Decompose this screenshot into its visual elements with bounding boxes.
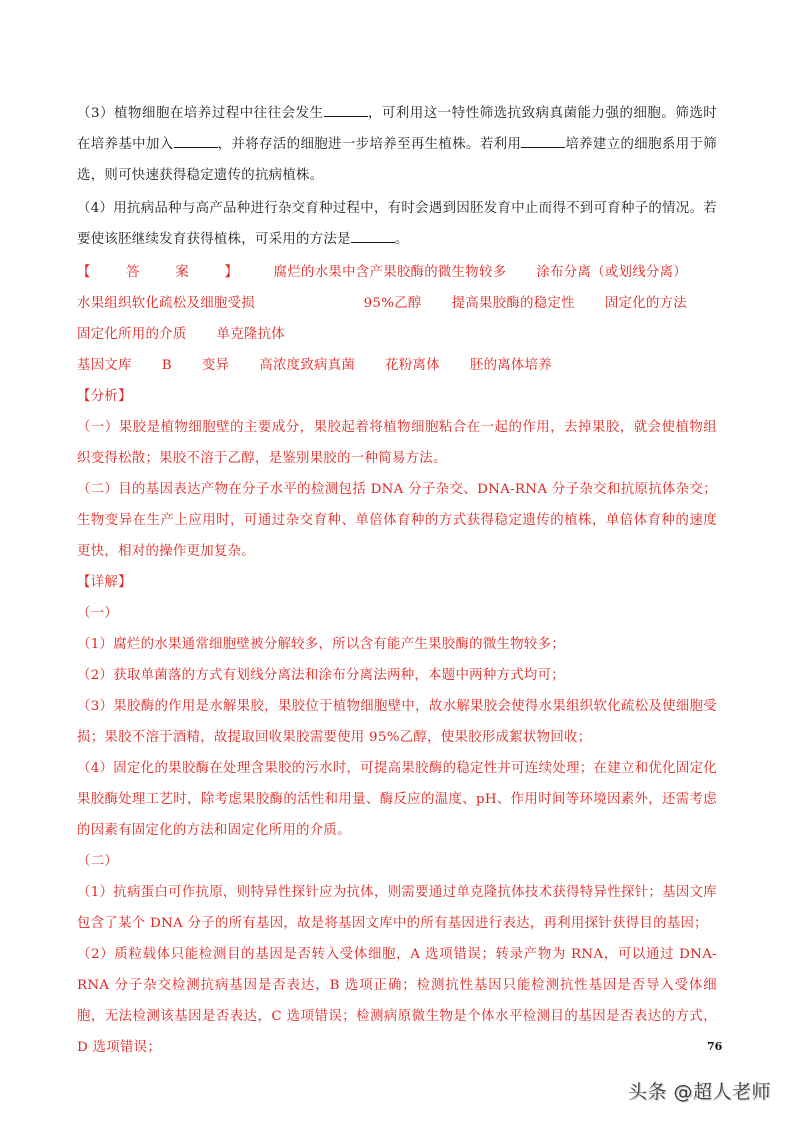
detail-section-1-heading: （一） [77,598,717,629]
detail-section-2-heading: （二） [77,846,717,877]
answer-item: 高浓度致病真菌 [259,350,355,381]
question-4: （4）用抗病品种与高产品种进行杂交育种过程中，有时会遇到因胚发育中止而得不到可育… [77,193,717,255]
q3-text-1: （3）植物细胞在培养过程中往往会发生 [77,106,324,121]
detail-1-item-2: （2）获取单菌落的方式有划线分离法和涂布分离法两种，本题中两种方式均可； [77,660,717,691]
analysis-paragraph-1: （一）果胶是植物细胞壁的主要成分，果胶起着将植物细胞粘合在一起的作用，去掉果胶，… [77,412,717,474]
answer-item: 腐烂的水果中含产果胶酶的微生物较多 [274,257,507,288]
question-3: （3）植物细胞在培养过程中往往会发生，可利用这一特性筛选抗致病真菌能力强的细胞。… [77,98,717,191]
answer-blank [324,102,368,117]
document-page: （3）植物细胞在培养过程中往往会发生，可利用这一特性筛选抗致病真菌能力强的细胞。… [0,0,794,1123]
detail-2-item-1: （1）抗病蛋白可作抗原，则特异性探针应为抗体，则需要通过单克隆抗体技术获得特异性… [77,877,717,939]
detail-1-item-3: （3）果胶酶的作用是水解果胶，果胶位于植物细胞壁中，故水解果胶会使得水果组织软化… [77,691,717,753]
detail-1-item-4: （4）固定化的果胶酶在处理含果胶的污水时，可提高果胶酶的稳定性并可连续处理；在建… [77,753,717,846]
answer-blank [521,133,565,148]
q3-text-3: ，并将存活的细胞进一步培养至再生植株。若利用 [218,137,522,152]
analysis-label: 【分析】 [77,381,717,412]
answer-item: B [162,350,172,381]
answer-item: 提高果胶酶的稳定性 [452,288,575,319]
answer-blank [351,228,395,243]
watermark: 头条 @超人老师 [628,1077,771,1104]
answer-item: 固定化的方法 [605,288,687,319]
answer-item: 涂布分离（或划线分离） [536,257,687,288]
answer-item: 95%乙醇 [364,288,422,319]
page-content: （3）植物细胞在培养过程中往往会发生，可利用这一特性筛选抗致病真菌能力强的细胞。… [77,98,717,1063]
detail-1-item-1: （1）腐烂的水果通常细胞壁被分解较多，所以含有能产生果胶酶的微生物较多； [77,629,717,660]
answer-item: 变异 [202,350,229,381]
answer-blank [174,133,218,148]
q4-text-2: 。 [395,232,409,247]
answer-item: 固定化所用的介质 [77,319,187,350]
answer-block: 【答案】腐烂的水果中含产果胶酶的微生物较多涂布分离（或划线分离）水果组织软化疏松… [77,257,717,381]
answer-item: 基因文库 [77,350,132,381]
answer-item: 花粉离体 [385,350,440,381]
analysis-paragraph-2: （二）目的基因表达产物在分子水平的检测包括 DNA 分子杂交、DNA-RNA 分… [77,474,717,567]
detail-label: 【详解】 [77,567,717,598]
answer-item: 胚的离体培养 [470,350,552,381]
answer-label: 【答案】 [77,265,274,280]
answer-item: 水果组织软化疏松及细胞受损 [77,288,255,319]
detail-2-item-2: （2）质粒载体只能检测目的基因是否转入受体细胞，A 选项错误；转录产物为 RNA… [77,939,717,1063]
page-number: 76 [707,1040,722,1053]
answer-item: 单克隆抗体 [217,319,285,350]
